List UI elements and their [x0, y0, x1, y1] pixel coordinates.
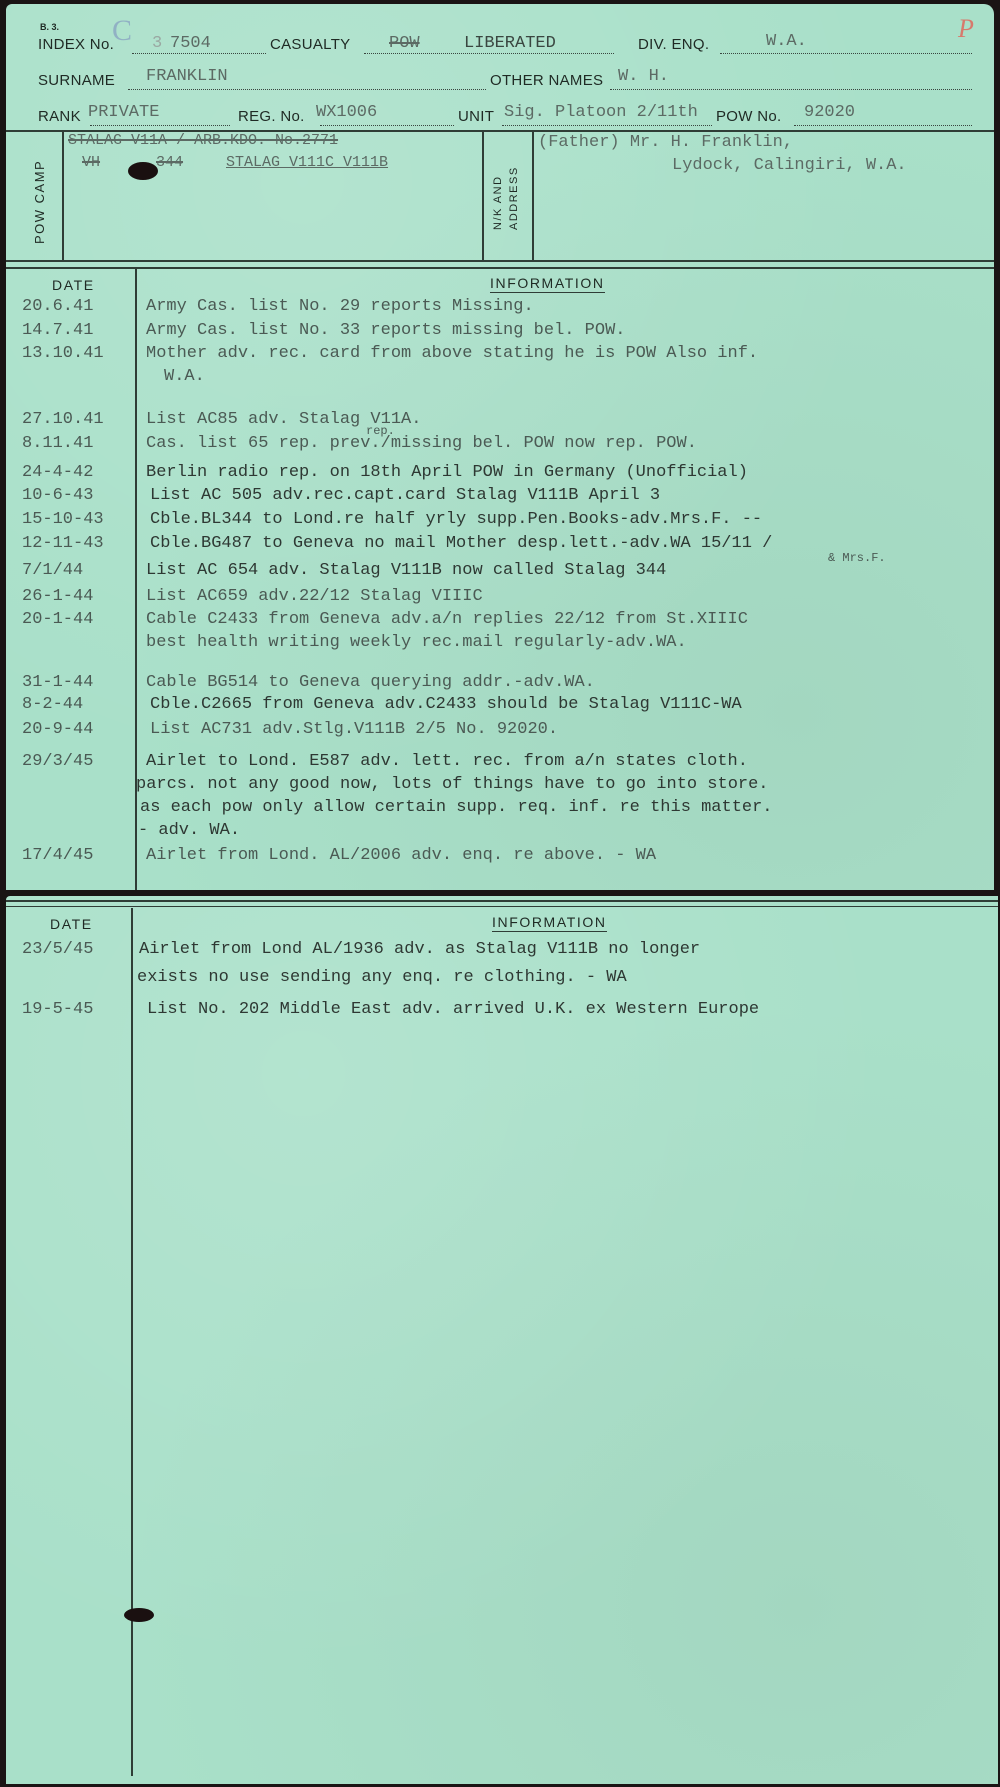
reg-no-label: REG. No. [238, 108, 305, 125]
punch-hole [124, 1608, 154, 1622]
record-card-front: C P B. 3. INDEX No. 3 7504 CASUALTY POW … [6, 4, 994, 890]
entry-text: Cable C2433 from Geneva adv.a/n replies … [146, 610, 748, 629]
index-prefix: 3 [152, 34, 162, 53]
form-code: B. 3. [40, 22, 59, 32]
entry-text: Airlet from Lond AL/1936 adv. as Stalag … [139, 940, 700, 959]
entry-text: parcs. not any good now, lots of things … [136, 775, 769, 794]
reg-no-value: WX1006 [316, 103, 377, 122]
entry-text: Cble.BG487 to Geneva no mail Mother desp… [150, 534, 772, 553]
entry-date: 20.6.41 [22, 297, 93, 316]
pow-no-label: POW No. [716, 108, 781, 125]
entry-date: 27.10.41 [22, 410, 104, 429]
entry-text: best health writing weekly rec.mail regu… [146, 633, 687, 652]
entry-date: 23/5/45 [22, 940, 93, 959]
entry-text: Cble.BL344 to Lond.re half yrly supp.Pen… [150, 510, 762, 529]
entry-date: 17/4/45 [22, 846, 93, 865]
entry-text: List AC 505 adv.rec.capt.card Stalag V11… [150, 486, 660, 505]
entry-text: Mother adv. rec. card from above stating… [146, 344, 758, 363]
entry-date: 20-1-44 [22, 610, 93, 629]
pow-no-value: 92020 [804, 103, 855, 122]
entry-date: 29/3/45 [22, 752, 93, 771]
entry-date: 8-2-44 [22, 695, 83, 714]
index-label: INDEX No. [38, 36, 114, 53]
rank-value: PRIVATE [88, 103, 159, 122]
entry-text: - adv. WA. [138, 821, 240, 840]
pow-camp-struck-prefix: VH [82, 154, 100, 171]
entry-text: List No. 202 Middle East adv. arrived U.… [147, 1000, 759, 1019]
entry-text: Cas. list 65 rep. prev./missing bel. POW… [146, 434, 697, 453]
entry-date: 7/1/44 [22, 561, 83, 580]
pencil-mark: C [112, 14, 132, 48]
entry-annotation: rep. [366, 424, 395, 438]
unit-label: UNIT [458, 108, 494, 125]
index-value: 7504 [170, 34, 211, 53]
entry-text: exists no use sending any enq. re clothi… [137, 968, 627, 987]
entry-date: 31-1-44 [22, 673, 93, 692]
entry-text: List AC 654 adv. Stalag V111B now called… [146, 561, 666, 580]
nk-address-line1: (Father) Mr. H. Franklin, [538, 133, 793, 152]
punch-hole [128, 162, 158, 180]
nk-label-line2: ADDRESS [508, 166, 520, 230]
casualty-value: LIBERATED [464, 34, 556, 53]
casualty-label: CASUALTY [270, 36, 350, 53]
pow-camp-number: 344 [156, 154, 183, 171]
date-header: DATE [52, 277, 95, 293]
entry-date: 13.10.41 [22, 344, 104, 363]
casualty-struck: POW [389, 34, 420, 53]
nk-address-line2: Lydock, Calingiri, W.A. [672, 156, 907, 175]
entry-text: List AC731 adv.Stlg.V111B 2/5 No. 92020. [150, 720, 558, 739]
date-header: DATE [50, 916, 93, 932]
entry-date: 10-6-43 [22, 486, 93, 505]
entry-text: Army Cas. list No. 29 reports Missing. [146, 297, 534, 316]
entry-date: 15-10-43 [22, 510, 104, 529]
other-names-value: W. H. [618, 67, 669, 86]
record-card-continuation: DATE INFORMATION 23/5/45Airlet from Lond… [6, 896, 998, 1784]
entry-text: Berlin radio rep. on 18th April POW in G… [146, 463, 748, 482]
red-pencil-mark: P [958, 14, 974, 44]
entry-text: Airlet to Lond. E587 adv. lett. rec. fro… [146, 752, 748, 771]
unit-value: Sig. Platoon 2/11th [504, 103, 698, 122]
entry-text: as each pow only allow certain supp. req… [140, 798, 773, 817]
entry-text: W.A. [164, 367, 205, 386]
entry-date: 24-4-42 [22, 463, 93, 482]
pow-camp-struck-line: STALAG V11A / ARB.KDO. No.2771 [68, 132, 338, 149]
information-header: INFORMATION [490, 275, 605, 293]
entry-date: 26-1-44 [22, 587, 93, 606]
pow-camp-value: STALAG V111C V111B [226, 154, 388, 171]
surname-label: SURNAME [38, 72, 115, 89]
entry-date: 8.11.41 [22, 434, 93, 453]
entry-text: Cble.C2665 from Geneva adv.C2433 should … [150, 695, 742, 714]
entry-text: Army Cas. list No. 33 reports missing be… [146, 321, 625, 340]
entry-annotation: & Mrs.F. [828, 551, 886, 565]
entry-date: 20-9-44 [22, 720, 93, 739]
information-header: INFORMATION [492, 914, 607, 932]
other-names-label: OTHER NAMES [490, 72, 603, 89]
entry-date: 14.7.41 [22, 321, 93, 340]
div-enq-label: DIV. ENQ. [638, 36, 709, 53]
nk-label-line1: N/K AND [492, 175, 504, 230]
div-enq-value: W.A. [766, 32, 807, 51]
entry-text: List AC659 adv.22/12 Stalag VIIIC [146, 587, 483, 606]
entry-date: 12-11-43 [22, 534, 104, 553]
entry-text: Cable BG514 to Geneva querying addr.-adv… [146, 673, 595, 692]
pow-camp-label: POW CAMP [32, 160, 47, 244]
rank-label: RANK [38, 108, 81, 125]
entry-date: 19-5-45 [22, 1000, 93, 1019]
entry-text: Airlet from Lond. AL/2006 adv. enq. re a… [146, 846, 656, 865]
surname-value: FRANKLIN [146, 67, 228, 86]
